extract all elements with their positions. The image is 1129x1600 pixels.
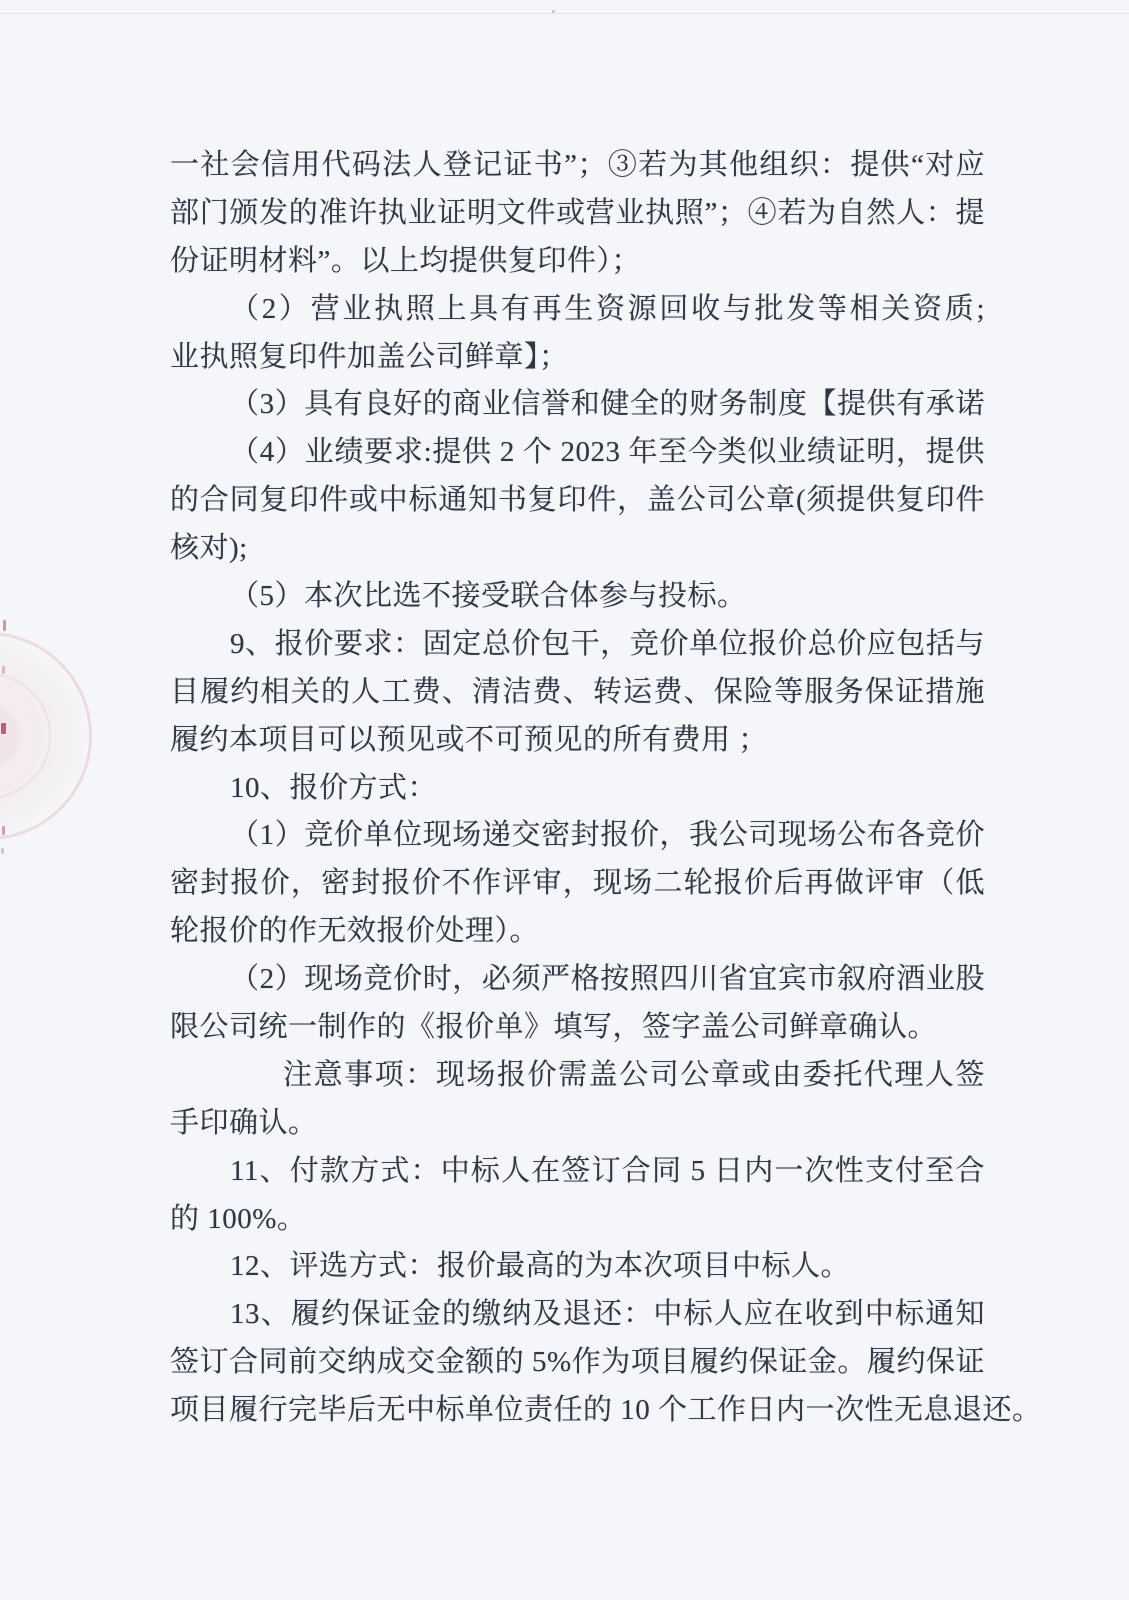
- scan-artifact-speck: [552, 10, 555, 13]
- document-body-text: 一社会信用代码法人登记证书”；③若为其他组织：提供“对应主管部门颁发的准许执业证…: [170, 142, 985, 1435]
- text-line: 履约本项目可以预见或不可预见的所有费用 ；: [170, 717, 985, 765]
- seal-edge-mark: [2, 666, 5, 674]
- text-line: （4）业绩要求:提供 2 个 2023 年至今类似业绩证明，提供签订: [170, 429, 985, 477]
- text-line: 轮报价的作无效报价处理）。: [170, 908, 985, 956]
- seal-edge-mark: [1, 848, 4, 854]
- seal-edge-mark: [1, 723, 6, 734]
- text-line: 限公司统一制作的《报价单》填写，签字盖公司鲜章确认。: [170, 1004, 985, 1052]
- text-line: （5）本次比选不接受联合体参与投标。: [170, 573, 985, 621]
- text-line: 份证明材料”。以上均提供复印件）；: [170, 238, 985, 286]
- text-line: 目履约相关的人工费、清洁费、转运费、保险等服务保证措施费用与: [170, 669, 985, 717]
- text-line: （2）现场竞价时，必须严格按照四川省宜宾市叙府酒业股份有: [170, 956, 985, 1004]
- text-line: 注意事项：现场报价需盖公司公章或由委托代理人签字盖: [170, 1052, 985, 1100]
- text-line: （1）竞价单位现场递交密封报价，我公司现场公布各竞价单位: [170, 812, 985, 860]
- text-line: 12、评选方式：报价最高的为本次项目中标人。: [170, 1243, 985, 1291]
- text-line: 密封报价，密封报价不作评审，现场二轮报价后再做评审（低于第一: [170, 860, 985, 908]
- text-line: 11、付款方式：中标人在签订合同 5 日内一次性支付至合同金额: [170, 1148, 985, 1196]
- text-line: 13、履约保证金的缴纳及退还：中标人应在收到中标通知书后，: [170, 1291, 985, 1339]
- scanned-document-page: 一社会信用代码法人登记证书”；③若为其他组织：提供“对应主管部门颁发的准许执业证…: [0, 0, 1129, 1600]
- text-line: 核对);: [170, 525, 985, 573]
- text-line: 的 100%。: [170, 1196, 985, 1244]
- text-line: 项目履行完毕后无中标单位责任的 10 个工作日内一次性无息退还。: [170, 1387, 985, 1435]
- red-seal-stamp: [0, 632, 92, 840]
- text-line: 手印确认。: [170, 1100, 985, 1148]
- text-line: （3）具有良好的商业信誉和健全的财务制度【提供有承诺函】；: [170, 381, 985, 429]
- text-line: 一社会信用代码法人登记证书”；③若为其他组织：提供“对应主管: [170, 142, 985, 190]
- text-line: 10、报价方式：: [170, 765, 985, 813]
- text-line: 签订合同前交纳成交金额的 5%作为项目履约保证金。履约保证金在: [170, 1339, 985, 1387]
- seal-edge-mark: [3, 620, 6, 631]
- scan-artifact-line: [0, 13, 1129, 14]
- seal-edge-mark: [2, 826, 5, 835]
- text-line: 业执照复印件加盖公司鲜章】；: [170, 334, 985, 382]
- text-line: 的合同复印件或中标通知书复印件，盖公司公章(须提供复印件用于: [170, 477, 985, 525]
- text-line: 部门颁发的准许执业证明文件或营业执照”；④若为自然人：提供“身: [170, 190, 985, 238]
- text-line: （2）营业执照上具有再生资源回收与批发等相关资质;【提供营: [170, 286, 985, 334]
- text-line: 9、报价要求：固定总价包干，竞价单位报价总价应包括与本项: [170, 621, 985, 669]
